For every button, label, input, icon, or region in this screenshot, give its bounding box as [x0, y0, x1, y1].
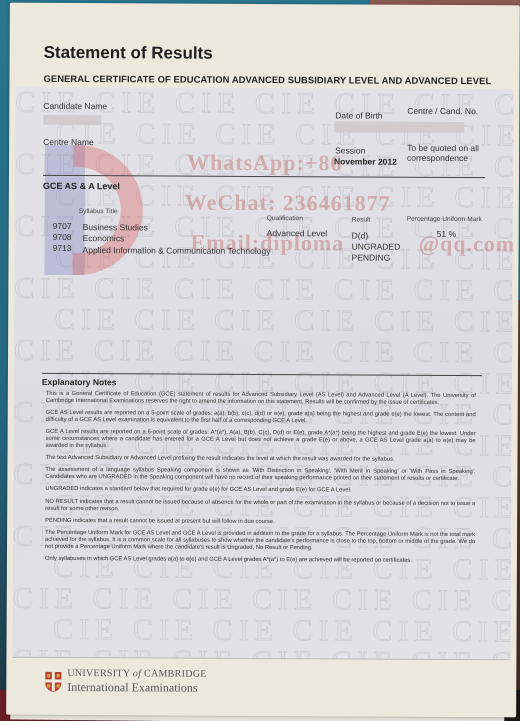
centre-name-label: Centre Name [43, 137, 94, 147]
overlay-watermark-email-domain: @qq.com [419, 231, 516, 258]
result: UNGRADED [352, 241, 401, 251]
dob-label: Date of Birth [335, 110, 382, 120]
dob-centre-redacted [334, 121, 464, 133]
note-paragraph: Only syllabuses in which GCE AS Level gr… [45, 556, 475, 565]
note-paragraph: PENDING indicates that a result cannot b… [45, 518, 475, 527]
centre-cand-label: Centre / Cand. No. [407, 106, 478, 116]
col-pum: Percentage Uniform Mark [407, 216, 482, 223]
pum: 51 % [437, 229, 456, 239]
quote-note: To be quoted on all correspondence [407, 143, 487, 163]
document-subtitle: GENERAL CERTIFICATE OF EDUCATION ADVANCE… [43, 73, 491, 86]
session-value: November 2012 [334, 156, 397, 166]
logo-cambridge: CAMBRIDGE [144, 668, 207, 679]
overlay-watermark-wechat: WeChat: 236461877 [185, 190, 391, 217]
cambridge-logo: UNIVERSITY of CAMBRIDGE International Ex… [44, 668, 206, 696]
note-paragraph: The Percentage Uniform Mark for GCE AS L… [45, 530, 475, 553]
note-paragraph: GCE A Level results are reported on a 6-… [46, 429, 476, 452]
explanatory-notes: This is a General Certificate of Educati… [45, 391, 476, 571]
note-paragraph: NO RESULT indicates that a result cannot… [45, 499, 475, 515]
syllabus-code: 9713 [53, 243, 72, 253]
overlay-watermark-whatsapp: WhatsApp:+86 [187, 150, 342, 177]
candidate-name-redacted [43, 115, 101, 125]
syllabus-title: Applied Information & Communication Tech… [83, 245, 271, 256]
note-paragraph: This is a General Certificate of Educati… [46, 391, 476, 407]
syllabus-title: Economics [83, 233, 125, 243]
logo-of: of [133, 668, 141, 679]
syllabus-title: Business Studies [83, 222, 148, 232]
qualification: Advanced Level [267, 228, 328, 238]
col-syllabus-title: Syllabus Title [79, 208, 118, 215]
notes-heading: Explanatory Notes [42, 377, 117, 387]
note-paragraph: GCE AS Level results are reported on a 5… [46, 410, 476, 426]
logo-university: UNIVERSITY [67, 668, 130, 679]
result: PENDING [352, 252, 391, 262]
syllabus-code: 9707 [53, 221, 72, 231]
results-section-title: GCE AS & A Level [43, 181, 120, 191]
note-paragraph: The text Advanced Subsidiary or Advanced… [45, 455, 475, 464]
col-qualification: Qualification [267, 215, 303, 222]
col-result: Result [352, 216, 371, 223]
statement-of-results-sheet: CIE CIE CIE CIE CIE CIE CIE CIE CIE CIE … [6, 3, 520, 718]
syllabus-code: 9708 [53, 232, 72, 242]
candidate-name-label: Candidate Name [43, 101, 107, 111]
note-paragraph: UNGRADED indicates a standard below that… [45, 486, 475, 495]
cambridge-crest-icon [44, 670, 62, 692]
note-paragraph: The assessment of a language syllabus Sp… [45, 467, 475, 483]
result: D(d) [352, 230, 369, 240]
document-title: Statement of Results [44, 43, 213, 64]
logo-international-examinations: International Examinations [67, 680, 206, 696]
